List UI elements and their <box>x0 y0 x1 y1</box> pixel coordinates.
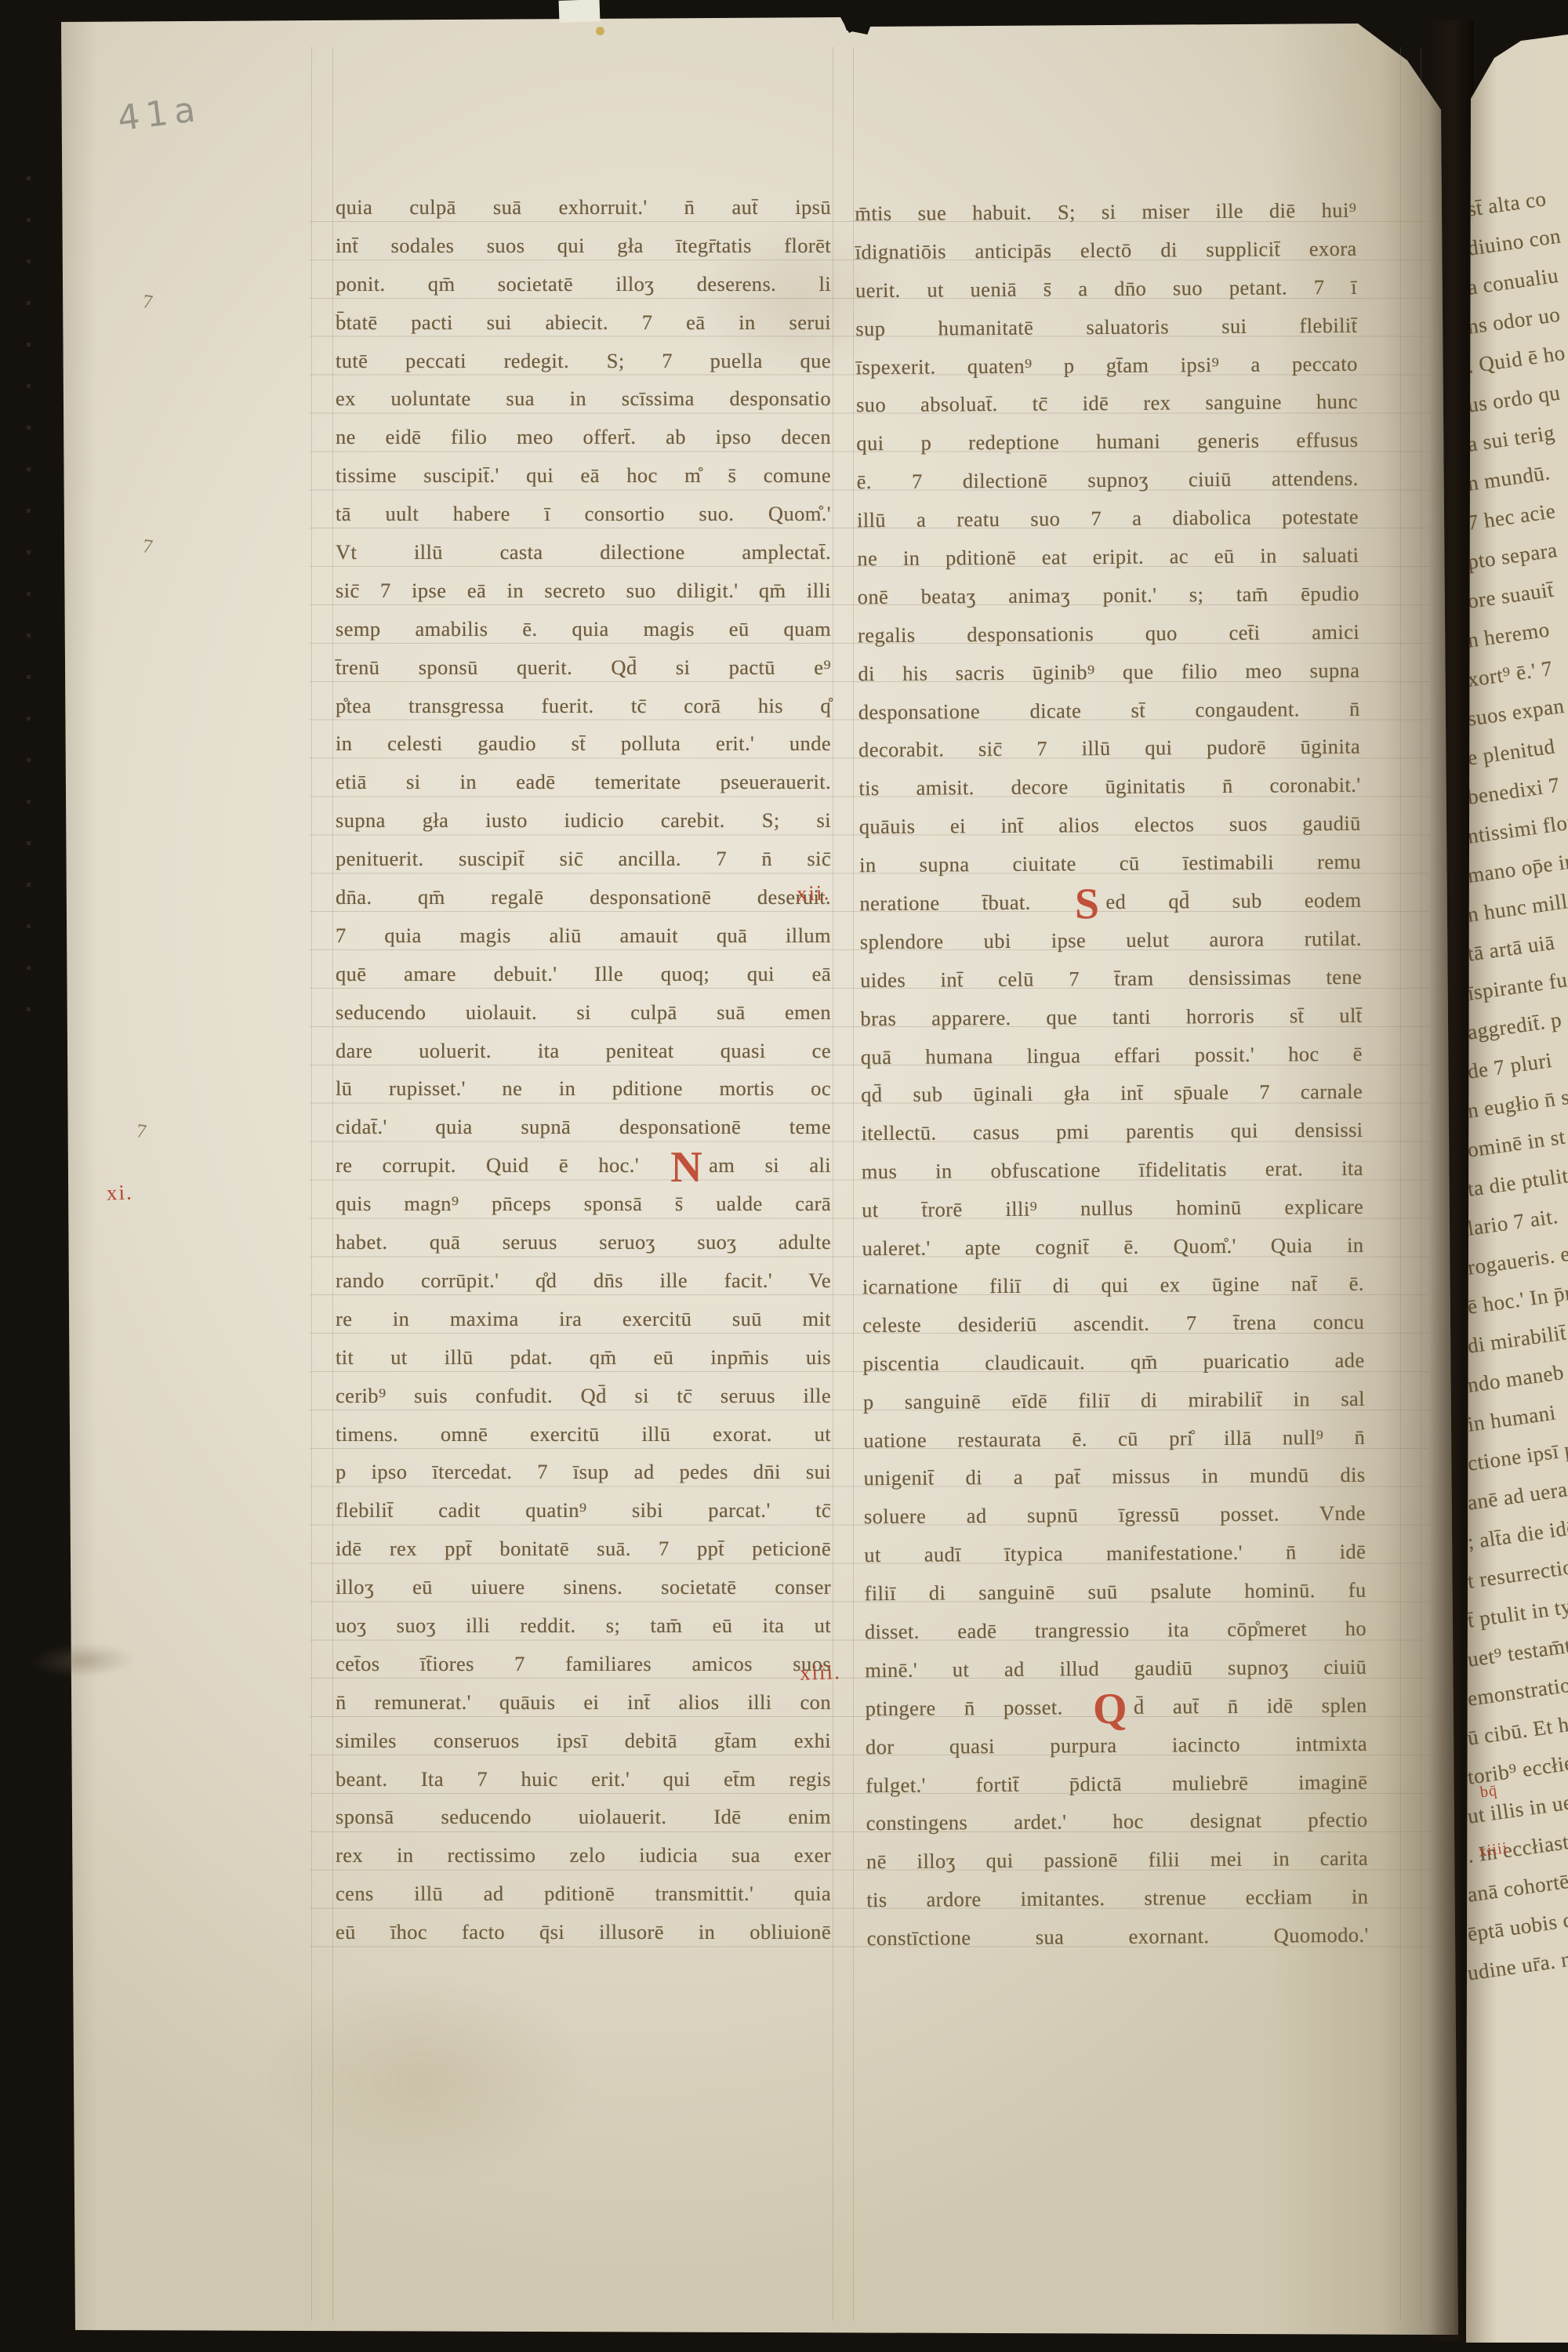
text-segment: d̄ aut̄ n̄ idē splen <box>1134 1693 1367 1718</box>
edge-text-line: udine ur̄a. ne u <box>1465 1930 1568 1993</box>
edge-text-line: n hunc mill <box>1465 872 1568 935</box>
text-line: qui p redeptione humani generis effusus <box>856 421 1358 463</box>
vertical-ruling-line <box>311 47 312 2321</box>
text-line: eū īhoc facto q̄si illusorē in obliuionē <box>336 1913 831 1951</box>
text-line: soluere ad supnū īgressū posset. Vnde <box>864 1494 1366 1536</box>
text-line: ut t̄rorē illi⁹ nullus hominū explicare <box>862 1188 1363 1229</box>
text-segment: ed qd̄ sub eodem <box>1105 888 1361 913</box>
text-line: mus in obfuscatione īfidelitatis erat. i… <box>862 1149 1363 1191</box>
margin-numeral-xii: xii. <box>796 880 830 906</box>
text-line: regalis desponsationis quo cet̄i amici <box>858 613 1359 655</box>
text-line: ptingere n̄ posset. Qd̄ aut̄ n̄ idē sple… <box>865 1686 1367 1727</box>
text-line: dor quasi purpura iacincto intmixta <box>866 1724 1367 1766</box>
prick-marks <box>27 176 31 1027</box>
edge-text-line: n eugłio n̄ s <box>1465 1068 1568 1131</box>
text-line: uerit. ut ueniā s̄ a dn̄o suo petant. 7 … <box>855 268 1357 310</box>
text-line: cet̄os īt̄iores 7 familiares amicos suos <box>336 1645 831 1683</box>
edge-text-line: ore suauit̄ <box>1465 558 1568 621</box>
text-line: ponit. qm̄ societatē illoʒ deserens. li <box>336 265 831 303</box>
text-line: ualeret.' apte cognit̄ ē. Quom̊.' Quia i… <box>862 1226 1363 1268</box>
vertical-ruling-line <box>1421 47 1421 2321</box>
text-line: lū rupisset.' ne in pditione mortis oc <box>336 1069 831 1108</box>
edge-margin-numeral-xiiii: xiiii. <box>1478 1838 1514 1861</box>
text-line: semp amabilis ē. quia magis eū quam <box>336 610 831 648</box>
edge-text-line: ut illis in uerbis <box>1465 1773 1568 1836</box>
edge-text-line: in humani <box>1465 1381 1568 1444</box>
edge-text-line: īspirante fu <box>1465 950 1568 1013</box>
edge-text-line: di mirabilit̄ <box>1465 1303 1568 1366</box>
edge-text-line: lario 7 ait. <box>1465 1185 1568 1248</box>
edge-text-line: . Quid ē ho <box>1465 323 1568 386</box>
text-line: uoʒ suoʒ illi reddit. s; tam̄ eū ita ut <box>336 1606 831 1645</box>
edge-text-line: ; alt̄a die idē cū <box>1465 1499 1568 1562</box>
text-line: illoʒ eū uiuere sinens. societatē conser <box>336 1568 831 1606</box>
edge-text-line: ndo maneb <box>1465 1342 1568 1405</box>
text-line: b̄tatē pacti sui abiecit. 7 eā in serui <box>336 303 831 342</box>
text-line: penituerit. suscipit̄ sic̄ ancilla. 7 n̄… <box>336 840 831 878</box>
text-line: īspexerit. quaten⁹ p gt̄am ipsi⁹ a pecca… <box>856 344 1358 386</box>
text-line: idē rex ppt̄ bonitatē suā. 7 ppt̄ petici… <box>336 1530 831 1568</box>
parchment-stain <box>259 1977 588 2181</box>
edge-text-line: torib⁹ eccłie qui <box>1465 1734 1568 1797</box>
text-line: in supna ciuitate cū īestimabili remu <box>859 843 1361 884</box>
edge-text-line: n heremo <box>1465 597 1568 660</box>
edge-text-line: ominē in st <box>1465 1107 1568 1170</box>
text-line: t̄renū sponsū querit. Qd̄ si pactū e⁹ <box>336 648 831 687</box>
edge-text-line: diuino con <box>1465 205 1568 268</box>
edge-text-line: ē hoc.' In p̄r <box>1465 1264 1568 1327</box>
text-line: dare uoluerit. ita peniteat quasi ce <box>336 1032 831 1070</box>
text-line: flebilit̄ cadit quatin⁹ sibi parcat.' tc… <box>336 1491 831 1530</box>
edge-text-line: de 7 pluri <box>1465 1029 1568 1091</box>
text-line: minē.' ut ad illud gaudiū supnoʒ ciuiū <box>865 1648 1367 1690</box>
text-line: constīctione sua exornant. Quomodo.' <box>867 1916 1369 1958</box>
vertical-ruling-line <box>833 47 833 2321</box>
edge-text-line: ta die ptulit <box>1465 1146 1568 1209</box>
text-column-left: quia culpā suā exhorruit.' n̄ aut̄ ipsūi… <box>336 188 831 1951</box>
text-segment: ptingere n̄ posset. <box>866 1695 1092 1720</box>
text-line: tā uult habere ī consortio suo. Quom̊.' <box>336 495 831 533</box>
text-line: suo absoluat̄. tc̄ idē rex sanguine hunc <box>856 383 1358 424</box>
text-line: piscentia claudicauit. qm̄ puaricatio ad… <box>862 1341 1364 1382</box>
text-line: m̄tis sue habuit. S; si miser ille diē h… <box>855 191 1356 233</box>
text-line: tissime suscipit̄.' qui eā hoc m̊ s̄ com… <box>336 456 831 495</box>
edge-text-line: ns odor uo <box>1465 284 1568 347</box>
text-line: habet. quā seruus seruoʒ suoʒ adulte <box>336 1223 831 1261</box>
text-line: fulget.' fortit̄ p̄dictā muliebrē imagin… <box>866 1762 1367 1804</box>
edge-text-line: ctione ipsī pfec <box>1465 1421 1568 1483</box>
text-line: ne in pditionē eat eripit. ac eū in salu… <box>857 536 1359 578</box>
text-line: tis amisit. decore ūginitatis n̄ coronab… <box>858 766 1360 808</box>
text-line: ē. 7 dilectionē supnoʒ ciuiū attendens. <box>857 459 1359 501</box>
text-line: supna gła iusto iudicio carebit. S; si <box>336 801 831 840</box>
vertical-ruling-line <box>853 47 854 2321</box>
text-line: similes conseruos ipsī debitā gt̄am exhi <box>336 1722 831 1760</box>
text-segment: neratione t̄buat. <box>859 890 1073 915</box>
edge-text-line: ēptā uobis cōm <box>1465 1891 1568 1954</box>
edge-text-line: 7 hec acie <box>1465 480 1568 543</box>
text-line: sponsā seducendo uiolauerit. Idē enim <box>336 1798 831 1836</box>
edge-text-line: aggredit̄. p <box>1465 989 1568 1052</box>
text-line: filiī di sanguinē suū psalute hominū. fu <box>864 1571 1366 1613</box>
edge-text-line: anē ad uera rem <box>1465 1460 1568 1523</box>
margin-numeral-xi: xi. <box>106 1180 133 1205</box>
text-line: icarnatione filiī di qui ex ūgine nat̄ ē… <box>862 1265 1364 1306</box>
edge-text-line: mano op̄e in <box>1465 833 1568 895</box>
next-folio-edge: st̄ alta codiuino cona conualiuns odor u… <box>1460 24 1568 2346</box>
text-line: tit ut illū pdat. qm̄ eū inpm̄is uis <box>336 1338 831 1377</box>
text-segment: am si ali <box>709 1153 831 1177</box>
edge-text-line: us ordo qu <box>1465 362 1568 425</box>
edge-text-line: a conualiu <box>1465 245 1568 307</box>
edge-text-line: uet⁹ testam̄tū.' sc <box>1465 1617 1568 1679</box>
edge-text-line: suos expan <box>1465 676 1568 739</box>
text-line: constingens ardet.' hoc designat pfectio <box>866 1801 1367 1842</box>
edge-text-line: emonstrationē. 7 <box>1465 1656 1568 1719</box>
text-line: p̊tea transgressa fuerit. tc̄ corā his q… <box>336 687 831 725</box>
text-line: quia culpā suā exhorruit.' n̄ aut̄ ipsū <box>336 188 831 227</box>
text-line: Vt illū casta dilectione amplectat̄. <box>336 533 831 572</box>
edge-text-line: ntissimi flor <box>1465 793 1568 856</box>
vertical-ruling-line <box>1400 47 1401 2321</box>
text-line: re in maxima ira exercitū suū mit <box>336 1300 831 1338</box>
edge-text-line: t resurrectionē ip <box>1465 1538 1568 1601</box>
text-line: n̄ remunerat.' quāuis ei int̄ alios illi… <box>336 1683 831 1722</box>
text-line: quis magn⁹ pn̄ceps sponsā s̄ ualde carā <box>336 1185 831 1223</box>
next-folio-text: st̄ alta codiuino cona conualiuns odor u… <box>1468 190 1568 1993</box>
text-line: ex uoluntate sua in scīssima desponsatio <box>336 379 831 418</box>
text-line: etiā si in eadē temeritate pseuerauerit. <box>336 763 831 801</box>
text-line: timens. omnē exercitū illū exorat. ut <box>336 1415 831 1454</box>
text-line: illū a reatu suo 7 a diabolica potestate <box>857 498 1359 539</box>
edge-text-line: t̄ ptulit in typica <box>1465 1577 1568 1640</box>
text-line: tis ardore imitantes. strenue eccłiam in <box>866 1878 1368 1919</box>
text-line: neratione t̄buat. Sed qd̄ sub eodem <box>859 881 1361 923</box>
text-line: dn̄a. qm̄ regalē desponsationē deseruit. <box>336 878 831 916</box>
text-line: int̄ sodales suos qui gła ītegr̄tatis fl… <box>336 227 831 265</box>
text-line: qd̄ sub ūginali gła int̄ sp̄uale 7 carna… <box>861 1073 1363 1114</box>
text-line: sic̄ 7 ipse eā in secreto suo diligit.' … <box>336 572 831 610</box>
text-line: in celesti gaudio st̄ polluta erit.' und… <box>336 724 831 763</box>
text-line: sup humanitatē saluatoris sui flebilit̄ <box>855 306 1357 347</box>
text-line: tutē peccati redegit. S; 7 puella que <box>336 342 831 380</box>
text-line: bras apparere. que tanti horroris st̄ ul… <box>860 996 1362 1037</box>
text-line: rex in rectissimo zelo iudicia sua exer <box>336 1836 831 1875</box>
wax-spot <box>596 27 604 35</box>
text-line: cens illū ad pditionē transmittit.' quia <box>336 1875 831 1913</box>
text-line: rando corrūpit.' q̊d dn̄s ille facit.' V… <box>336 1261 831 1300</box>
text-line: itellectū. casus pmi parentis qui densis… <box>861 1111 1363 1152</box>
text-line: ne eidē filio meo offert̄. ab ipso decen <box>336 418 831 456</box>
text-line: īdignatiōis anticipās electō di supplici… <box>855 230 1356 271</box>
text-line: cerib⁹ suis confudit. Qd̄ si tc̄ seruus … <box>336 1377 831 1415</box>
text-line: p sanguinē eīdē filiī di mirabilit̄ in s… <box>863 1379 1365 1421</box>
text-column-right: m̄tis sue habuit. S; si miser ille diē h… <box>855 191 1369 1958</box>
text-line: re corrupit. Quid ē hoc.' Nam si ali <box>336 1146 831 1185</box>
text-segment: re corrupit. Quid ē hoc.' <box>336 1153 669 1177</box>
text-line: quāuis ei int̄ alios electos suos gaudiū <box>859 804 1361 846</box>
edge-text-line: . In eccłiasticus co <box>1465 1813 1568 1875</box>
margin-numeral-xiii: xiii. <box>799 1660 841 1686</box>
edge-text-line: a sui terig <box>1465 401 1568 464</box>
text-line: decorabit. sic̄ 7 illū qui pudorē ūginit… <box>858 728 1360 769</box>
text-line: disset. eadē trangressio ita cōp̊meret h… <box>865 1610 1367 1651</box>
edge-text-line: n mundū. <box>1465 441 1568 503</box>
edge-margin-mark: bq̄ <box>1479 1782 1499 1802</box>
text-line: uides int̄ celū 7 t̄ram densissimas tene <box>860 958 1362 1000</box>
text-line: nē illoʒ qui passionē filii mei in carit… <box>866 1839 1368 1881</box>
text-line: cidat̄.' quia supnā desponsationē teme <box>336 1108 831 1146</box>
edge-text-line: rogaueris. eg <box>1465 1225 1568 1287</box>
text-line: ut audī ītypica manifestatione.' n̄ idē <box>864 1533 1366 1574</box>
edge-text-line: pto separa <box>1465 519 1568 582</box>
text-line: di his sacris ūginib⁹ que filio meo supn… <box>858 651 1359 692</box>
edge-text-line: anā cohortē. qu <box>1465 1852 1568 1915</box>
text-line: 7 quia magis aliū amauit quā illum <box>336 916 831 955</box>
text-line: splendore ubi ipse uelut aurora rutilat. <box>860 920 1362 961</box>
text-line: celeste desideriū ascendit. 7 t̄rena con… <box>862 1303 1364 1345</box>
text-line: quē amare debuit.' Ille quoq; qui eā <box>336 955 831 993</box>
text-line: unigenit̄ di a pat̄ missus in mundū dis <box>863 1456 1365 1497</box>
edge-text-line: tā artā uiā <box>1465 911 1568 974</box>
edge-text-line: ū cibū. Et hec sēp <box>1465 1695 1568 1758</box>
edge-text-line: e plenitud <box>1465 715 1568 778</box>
edge-text-line: xort⁹ ē.' 7 <box>1465 637 1568 699</box>
text-line: p ipso ītercedat. 7 īsup ad pedes dn̄i s… <box>336 1453 831 1491</box>
text-line: desponsatione dicate st̄ congaudent. n̄ <box>858 689 1360 731</box>
text-line: seducendo uiolauit. si culpā suā emen <box>336 993 831 1032</box>
text-line: onē beataʒ animaʒ ponit.' s; tam̄ ēpudio <box>858 575 1359 616</box>
edge-text-line: benedixi 7 <box>1465 754 1568 817</box>
text-line: uatione restaurata ē. cū pri̊ illā null⁹… <box>863 1417 1365 1459</box>
vertical-ruling-line <box>332 47 333 2321</box>
edge-text-line: st̄ alta co <box>1465 166 1568 229</box>
text-line: quā humana lingua effari possit.' hoc ē <box>861 1034 1363 1076</box>
page-tab <box>559 0 601 23</box>
manuscript-photo: { "document": { "kind": "medieval manusc… <box>0 0 1568 2352</box>
text-line: beant. Ita 7 huic erit.' qui et̄m regis <box>336 1760 831 1798</box>
